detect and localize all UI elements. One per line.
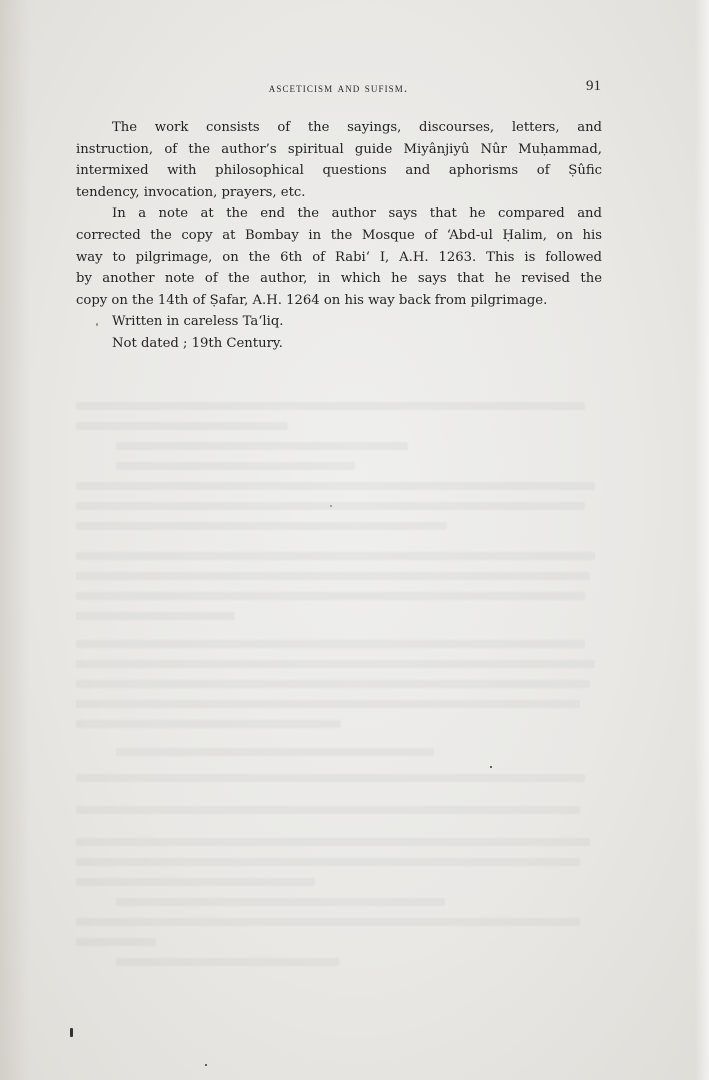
text-line: Not dated ; 19th Century. [76,333,602,355]
text-line: instruction, of the author’s spiritual g… [76,139,602,161]
page-number: 91 [586,78,601,95]
paragraph-author-note: In a note at the end the author says tha… [76,203,602,311]
ink-speck [330,505,332,507]
running-title: ASCETICISM AND SUFISM. [76,80,601,96]
bleed-through-text [76,390,606,978]
body-text: The work consists of the sayings, discou… [76,117,602,355]
paragraph-date: Not dated ; 19th Century. [76,333,602,355]
running-head: ASCETICISM AND SUFISM. 91 [76,80,601,100]
text-line: intermixed with philosophical questions … [76,160,602,182]
ink-speck [96,323,98,326]
text-line: corrected the copy at Bombay in the Mosq… [76,225,602,247]
paragraph-script: Written in careless Ta‘liq. [76,311,602,333]
scanned-page: ​ ASCETICISM AND SUFISM. 91 The wo [0,0,709,1080]
paragraph-description: The work consists of the sayings, discou… [76,117,602,203]
text-line: by another note of the author, in which … [76,268,602,290]
ink-speck [205,1064,207,1066]
text-line: copy on the 14th of Ṣafar, A.H. 1264 on … [76,290,602,312]
text-line: In a note at the end the author says tha… [76,203,602,225]
text-line: Written in careless Ta‘liq. [76,311,602,333]
text-line: tendency, invocation, prayers, etc. [76,182,602,204]
bleed-through-heading: ​ [180,358,709,379]
text-line: The work consists of the sayings, discou… [76,117,602,139]
ink-speck [490,766,492,768]
ink-speck [70,1028,73,1037]
text-line: way to pilgrimage, on the 6th of Rabi‘ I… [76,247,602,269]
